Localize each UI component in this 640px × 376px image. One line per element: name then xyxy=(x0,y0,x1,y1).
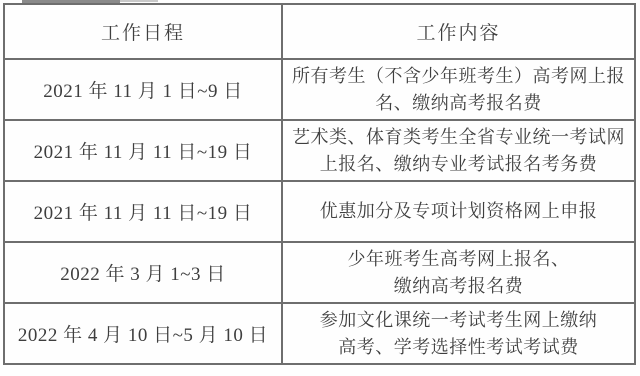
column-header-content: 工作内容 xyxy=(282,4,635,59)
content-line: 高考、学考选择性考试考试费 xyxy=(338,337,579,357)
crop-artifact-light xyxy=(120,0,158,2)
content-cell: 参加文化课统一考试考生网上缴纳 高考、学考选择性考试考试费 xyxy=(282,303,635,364)
content-cell: 所有考生（不含少年班考生）高考网上报 名、缴纳高考报名费 xyxy=(282,59,635,120)
content-cell: 少年班考生高考网上报名、 缴纳高考报名费 xyxy=(282,242,635,303)
date-cell: 2021 年 11 月 1 日~9 日 xyxy=(4,59,282,120)
date-cell: 2022 年 4 月 10 日~5 月 10 日 xyxy=(4,303,282,364)
content-line: 参加文化课统一考试考生网上缴纳 xyxy=(320,310,598,330)
content-line: 缴纳高考报名费 xyxy=(394,276,524,296)
date-cell: 2021 年 11 月 11 日~19 日 xyxy=(4,120,282,181)
content-line: 优惠加分及专项计划资格网上申报 xyxy=(320,201,598,221)
content-line: 上报名、缴纳专业考试报名考务费 xyxy=(320,154,598,174)
content-line: 少年班考生高考网上报名、 xyxy=(348,249,570,269)
table-row: 2021 年 11 月 11 日~19 日 优惠加分及专项计划资格网上申报 xyxy=(4,181,635,242)
content-line: 名、缴纳高考报名费 xyxy=(375,93,542,113)
table-row: 2021 年 11 月 11 日~19 日 艺术类、体育类考生全省专业统一考试网… xyxy=(4,120,635,181)
table-row: 2022 年 3 月 1~3 日 少年班考生高考网上报名、 缴纳高考报名费 xyxy=(4,242,635,303)
schedule-table: 工作日程 工作内容 2021 年 11 月 1 日~9 日 所有考生（不含少年班… xyxy=(3,3,636,365)
content-line: 所有考生（不含少年班考生）高考网上报 xyxy=(292,66,625,86)
column-header-schedule: 工作日程 xyxy=(4,4,282,59)
table-row: 2021 年 11 月 1 日~9 日 所有考生（不含少年班考生）高考网上报 名… xyxy=(4,59,635,120)
date-cell: 2022 年 3 月 1~3 日 xyxy=(4,242,282,303)
content-line: 艺术类、体育类考生全省专业统一考试网 xyxy=(292,127,625,147)
content-cell: 艺术类、体育类考生全省专业统一考试网 上报名、缴纳专业考试报名考务费 xyxy=(282,120,635,181)
content-cell: 优惠加分及专项计划资格网上申报 xyxy=(282,181,635,242)
page: 工作日程 工作内容 2021 年 11 月 1 日~9 日 所有考生（不含少年班… xyxy=(0,0,640,376)
table-row: 2022 年 4 月 10 日~5 月 10 日 参加文化课统一考试考生网上缴纳… xyxy=(4,303,635,364)
date-cell: 2021 年 11 月 11 日~19 日 xyxy=(4,181,282,242)
table-header-row: 工作日程 工作内容 xyxy=(4,4,635,59)
